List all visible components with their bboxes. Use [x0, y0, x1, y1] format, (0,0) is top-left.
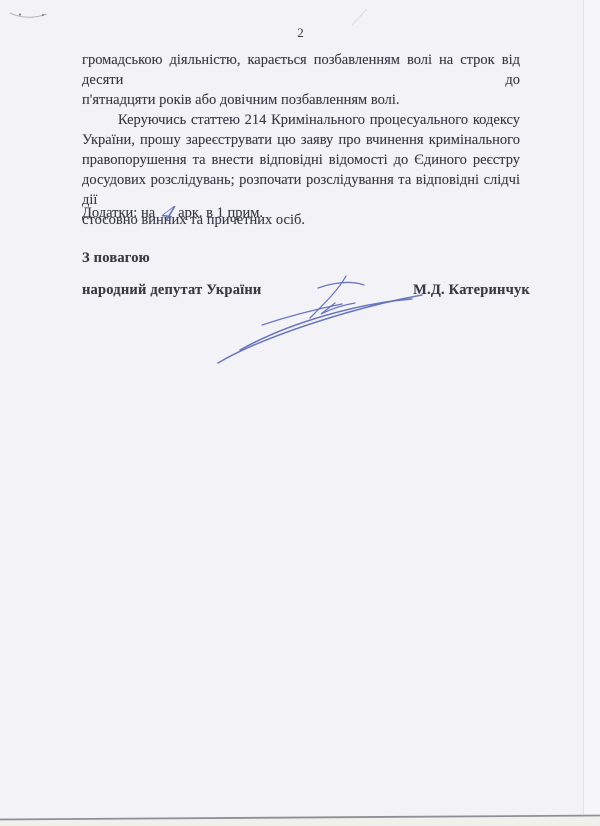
- scanned-document-page: 2 громадською діяльністю, карається позб…: [0, 0, 600, 826]
- attachments-line: Додатки: на4арк. в 1 прим.: [82, 200, 263, 226]
- attachments-suffix: арк. в 1 прим.: [178, 205, 263, 221]
- body-line: України, прошу зареєструвати цю заяву пр…: [82, 130, 520, 150]
- body-line: п'ятнадцяти років або довічним позбавлен…: [82, 90, 520, 110]
- crease-mark-top-left: [0, 0, 60, 30]
- body-line: громадською діяльністю, карається позбав…: [82, 50, 520, 90]
- body-line: правопорушення та внести відповідні відо…: [82, 150, 520, 170]
- closing-salutation: З повагою: [82, 250, 150, 267]
- scan-edge-right: [583, 0, 600, 826]
- handwritten-sheet-count: 4: [159, 201, 178, 224]
- scan-edge-bottom: [0, 810, 600, 826]
- page-number: 2: [82, 25, 520, 41]
- body-line: Керуючись статтею 214 Кримінального проц…: [82, 110, 520, 130]
- attachments-prefix: Додатки: на: [82, 205, 155, 221]
- signatory-name: М.Д. Катеринчук: [413, 282, 530, 299]
- signature-ink: [200, 258, 430, 378]
